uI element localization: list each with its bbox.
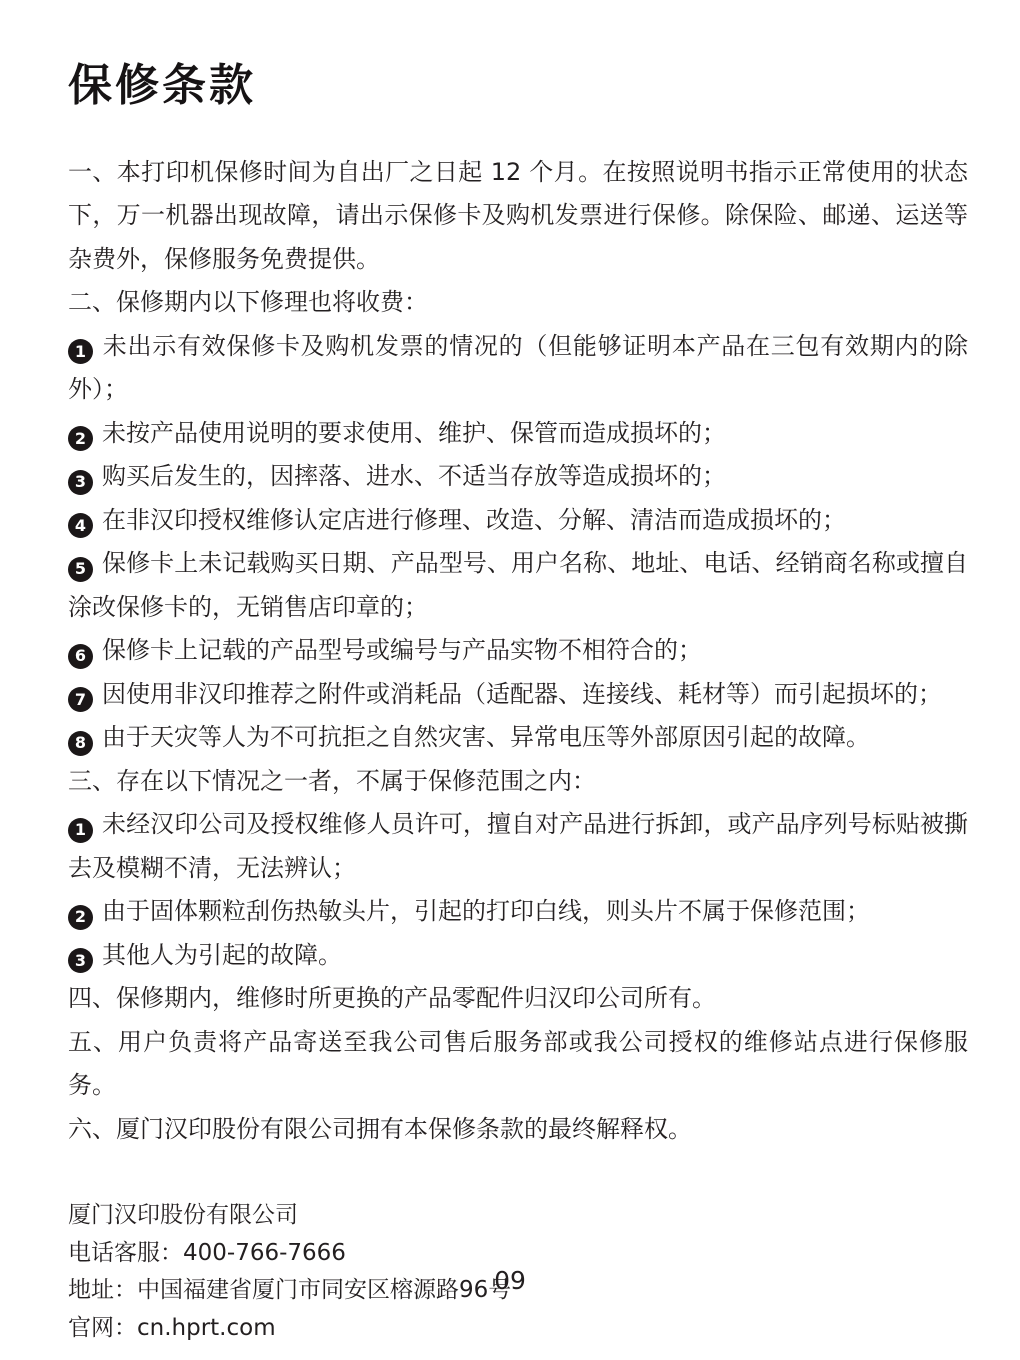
item-number-badge: 7: [68, 687, 93, 712]
terms-text: 六、厦门汉印股份有限公司拥有本保修条款的最终解释权。: [68, 1115, 692, 1143]
item-number-badge: 8: [68, 731, 93, 756]
item-number-badge: 2: [68, 905, 93, 930]
terms-text: 保修卡上未记载购买日期、产品型号、用户名称、地址、电话、经销商名称或擅自涂改保修…: [68, 549, 968, 621]
terms-item: 4在非汉印授权维修认定店进行修理、改造、分解、清洁而造成损坏的；: [68, 499, 968, 543]
item-number-badge: 1: [68, 339, 93, 364]
terms-item: 7因使用非汉印推荐之附件或消耗品（适配器、连接线、耗材等）而引起损坏的；: [68, 673, 968, 717]
item-number-badge: 6: [68, 644, 93, 669]
item-number-badge: 5: [68, 557, 93, 582]
terms-text: 由于天灾等人为不可抗拒之自然灾害、异常电压等外部原因引起的故障。: [102, 723, 870, 751]
terms-text: 未出示有效保修卡及购机发票的情况的（但能够证明本产品在三包有效期内的除外）；: [68, 332, 968, 404]
terms-item: 3其他人为引起的故障。: [68, 934, 968, 978]
terms-text: 购买后发生的，因摔落、进水、不适当存放等造成损坏的；: [102, 462, 726, 490]
page-number: 09: [0, 1266, 1020, 1295]
terms-item: 8由于天灾等人为不可抗拒之自然灾害、异常电压等外部原因引起的故障。: [68, 716, 968, 760]
terms-item: 3购买后发生的，因摔落、进水、不适当存放等造成损坏的；: [68, 455, 968, 499]
terms-paragraph: 六、厦门汉印股份有限公司拥有本保修条款的最终解释权。: [68, 1108, 968, 1152]
terms-item: 5保修卡上未记载购买日期、产品型号、用户名称、地址、电话、经销商名称或擅自涂改保…: [68, 542, 968, 629]
terms-item: 6保修卡上记载的产品型号或编号与产品实物不相符合的；: [68, 629, 968, 673]
terms-text: 二、保修期内以下修理也将收费：: [68, 288, 428, 316]
terms-text: 在非汉印授权维修认定店进行修理、改造、分解、清洁而造成损坏的；: [102, 506, 846, 534]
company-info-line: 官网：cn.hprt.com: [68, 1310, 968, 1348]
warranty-terms-content: 一、本打印机保修时间为自出厂之日起 12 个月。在按照说明书指示正常使用的状态下…: [68, 151, 968, 1152]
item-number-badge: 3: [68, 948, 93, 973]
terms-item: 2由于固体颗粒刮伤热敏头片，引起的打印白线，则头片不属于保修范围；: [68, 890, 968, 934]
terms-text: 保修卡上记载的产品型号或编号与产品实物不相符合的；: [102, 636, 702, 664]
terms-paragraph: 二、保修期内以下修理也将收费：: [68, 281, 968, 325]
terms-paragraph: 四、保修期内，维修时所更换的产品零配件归汉印公司所有。: [68, 977, 968, 1021]
terms-text: 未按产品使用说明的要求使用、维护、保管而造成损坏的；: [102, 419, 726, 447]
terms-item: 1未经汉印公司及授权维修人员许可，擅自对产品进行拆卸，或产品序列号标贴被撕去及模…: [68, 803, 968, 890]
company-info-line: 厦门汉印股份有限公司: [68, 1197, 968, 1235]
terms-text: 一、本打印机保修时间为自出厂之日起 12 个月。在按照说明书指示正常使用的状态下…: [68, 158, 968, 273]
page-title: 保修条款: [68, 60, 968, 113]
item-number-badge: 3: [68, 470, 93, 495]
item-number-badge: 1: [68, 818, 93, 843]
terms-text: 未经汉印公司及授权维修人员许可，擅自对产品进行拆卸，或产品序列号标贴被撕去及模糊…: [68, 810, 968, 882]
terms-item: 2未按产品使用说明的要求使用、维护、保管而造成损坏的；: [68, 412, 968, 456]
terms-paragraph: 一、本打印机保修时间为自出厂之日起 12 个月。在按照说明书指示正常使用的状态下…: [68, 151, 968, 282]
item-number-badge: 2: [68, 426, 93, 451]
terms-text: 三、存在以下情况之一者，不属于保修范围之内：: [68, 767, 596, 795]
terms-text: 由于固体颗粒刮伤热敏头片，引起的打印白线，则头片不属于保修范围；: [102, 897, 870, 925]
terms-text: 因使用非汉印推荐之附件或消耗品（适配器、连接线、耗材等）而引起损坏的；: [102, 680, 942, 708]
terms-paragraph: 三、存在以下情况之一者，不属于保修范围之内：: [68, 760, 968, 804]
terms-item: 1未出示有效保修卡及购机发票的情况的（但能够证明本产品在三包有效期内的除外）；: [68, 325, 968, 412]
item-number-badge: 4: [68, 513, 93, 538]
terms-text: 四、保修期内，维修时所更换的产品零配件归汉印公司所有。: [68, 984, 716, 1012]
terms-text: 其他人为引起的故障。: [102, 941, 342, 969]
terms-text: 五、用户负责将产品寄送至我公司售后服务部或我公司授权的维修站点进行保修服务。: [68, 1028, 968, 1100]
terms-paragraph: 五、用户负责将产品寄送至我公司售后服务部或我公司授权的维修站点进行保修服务。: [68, 1021, 968, 1108]
document-page: 保修条款 一、本打印机保修时间为自出厂之日起 12 个月。在按照说明书指示正常使…: [0, 0, 1020, 1360]
